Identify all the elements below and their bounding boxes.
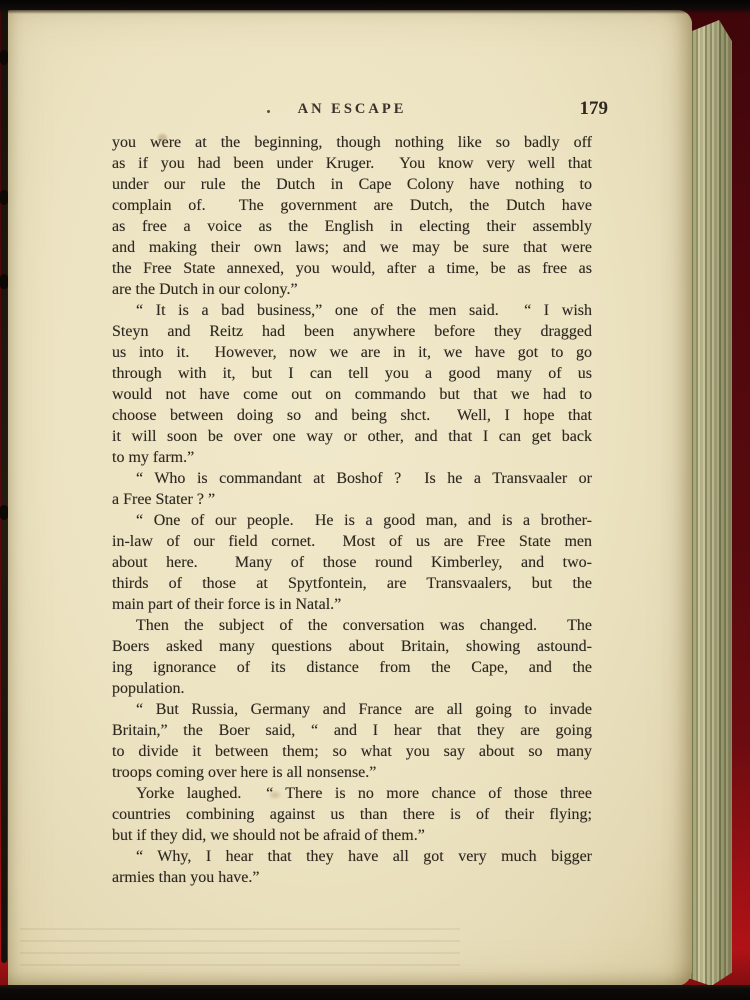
paragraph: “ One of our people. He is a good man, a… [112, 510, 592, 615]
text-line: Boers asked many questions about Britain… [112, 636, 592, 657]
paragraph: Yorke laughed. “ There is no more chance… [112, 783, 592, 846]
text-line: Then the subject of the conversation was… [112, 615, 592, 636]
paragraph: Then the subject of the conversation was… [112, 615, 592, 699]
binding-stitch [0, 50, 8, 65]
paragraph: “ Who is commandant at Boshof ? Is he a … [112, 468, 592, 510]
text-line: troops coming over here is all nonsense.… [112, 762, 592, 783]
text-line: “ Why, I hear that they have all got ver… [112, 846, 592, 867]
binding-edge [1, 5, 7, 963]
text-line: but if they did, we should not be afraid… [112, 825, 592, 846]
text-line: a Free Stater ? ” [112, 489, 592, 510]
text-line: armies than you have.” [112, 867, 592, 888]
text-line: “ One of our people. He is a good man, a… [112, 510, 592, 531]
text-line: Britain,” the Boer said, “ and I hear th… [112, 720, 592, 741]
text-line: through with it, but I can tell you a go… [112, 363, 592, 384]
text-line: choose between doing so and being shct. … [112, 405, 592, 426]
text-line: as free a voice as the English in electi… [112, 216, 592, 237]
text-line: us into it. However, now we are in it, w… [112, 342, 592, 363]
text-line: and making their own laws; and we may be… [112, 237, 592, 258]
text-line: are the Dutch in our colony.” [112, 279, 592, 300]
paragraph: “ But Russia, Germany and France are all… [112, 699, 592, 783]
binding-stitch [0, 505, 8, 520]
running-head: AN ESCAPE 179 [112, 98, 592, 124]
page-stack-lines [20, 918, 460, 970]
book-scan: AN ESCAPE 179 you were at the beginning,… [0, 0, 750, 1000]
paragraph: “ It is a bad business,” one of the men … [112, 300, 592, 468]
text-line: you were at the beginning, though nothin… [112, 132, 592, 153]
text-line: it will soon be over one way or other, a… [112, 426, 592, 447]
text-line: “ It is a bad business,” one of the men … [112, 300, 592, 321]
scan-edge-bottom [0, 985, 750, 1000]
text-line: as if you had been under Kruger. You kno… [112, 153, 592, 174]
book-page: AN ESCAPE 179 you were at the beginning,… [8, 10, 692, 986]
running-title: AN ESCAPE [112, 101, 592, 118]
paragraph: you were at the beginning, though nothin… [112, 132, 592, 300]
text-line: main part of their force is in Natal.” [112, 594, 592, 615]
text-line: thirds of those at Spytfontein, are Tran… [112, 573, 592, 594]
text-line: to my farm.” [112, 447, 592, 468]
text-line: “ But Russia, Germany and France are all… [112, 699, 592, 720]
page-number: 179 [580, 98, 609, 120]
text-line: under our rule the Dutch in Cape Colony … [112, 174, 592, 195]
text-line: population. [112, 678, 592, 699]
text-line: would not have come out on commando but … [112, 384, 592, 405]
binding-stitch [0, 274, 8, 289]
text-line: about here. Many of those round Kimberle… [112, 552, 592, 573]
text-line: complain of. The government are Dutch, t… [112, 195, 592, 216]
text-line: in-law of our field cornet. Most of us a… [112, 531, 592, 552]
scan-edge-top [0, 0, 750, 14]
text-line: Yorke laughed. “ There is no more chance… [112, 783, 592, 804]
text-line: “ Who is commandant at Boshof ? Is he a … [112, 468, 592, 489]
text-line: the Free State annexed, you would, after… [112, 258, 592, 279]
binding-stitch [0, 190, 8, 205]
text-line: Steyn and Reitz had been anywhere before… [112, 321, 592, 342]
text-line: to divide it between them; so what you s… [112, 741, 592, 762]
text-line: ing ignorance of its distance from the C… [112, 657, 592, 678]
book-page-edges [686, 20, 732, 986]
paragraph: “ Why, I hear that they have all got ver… [112, 846, 592, 888]
text-line: countries combining against us than ther… [112, 804, 592, 825]
page-text: you were at the beginning, though nothin… [112, 132, 592, 888]
